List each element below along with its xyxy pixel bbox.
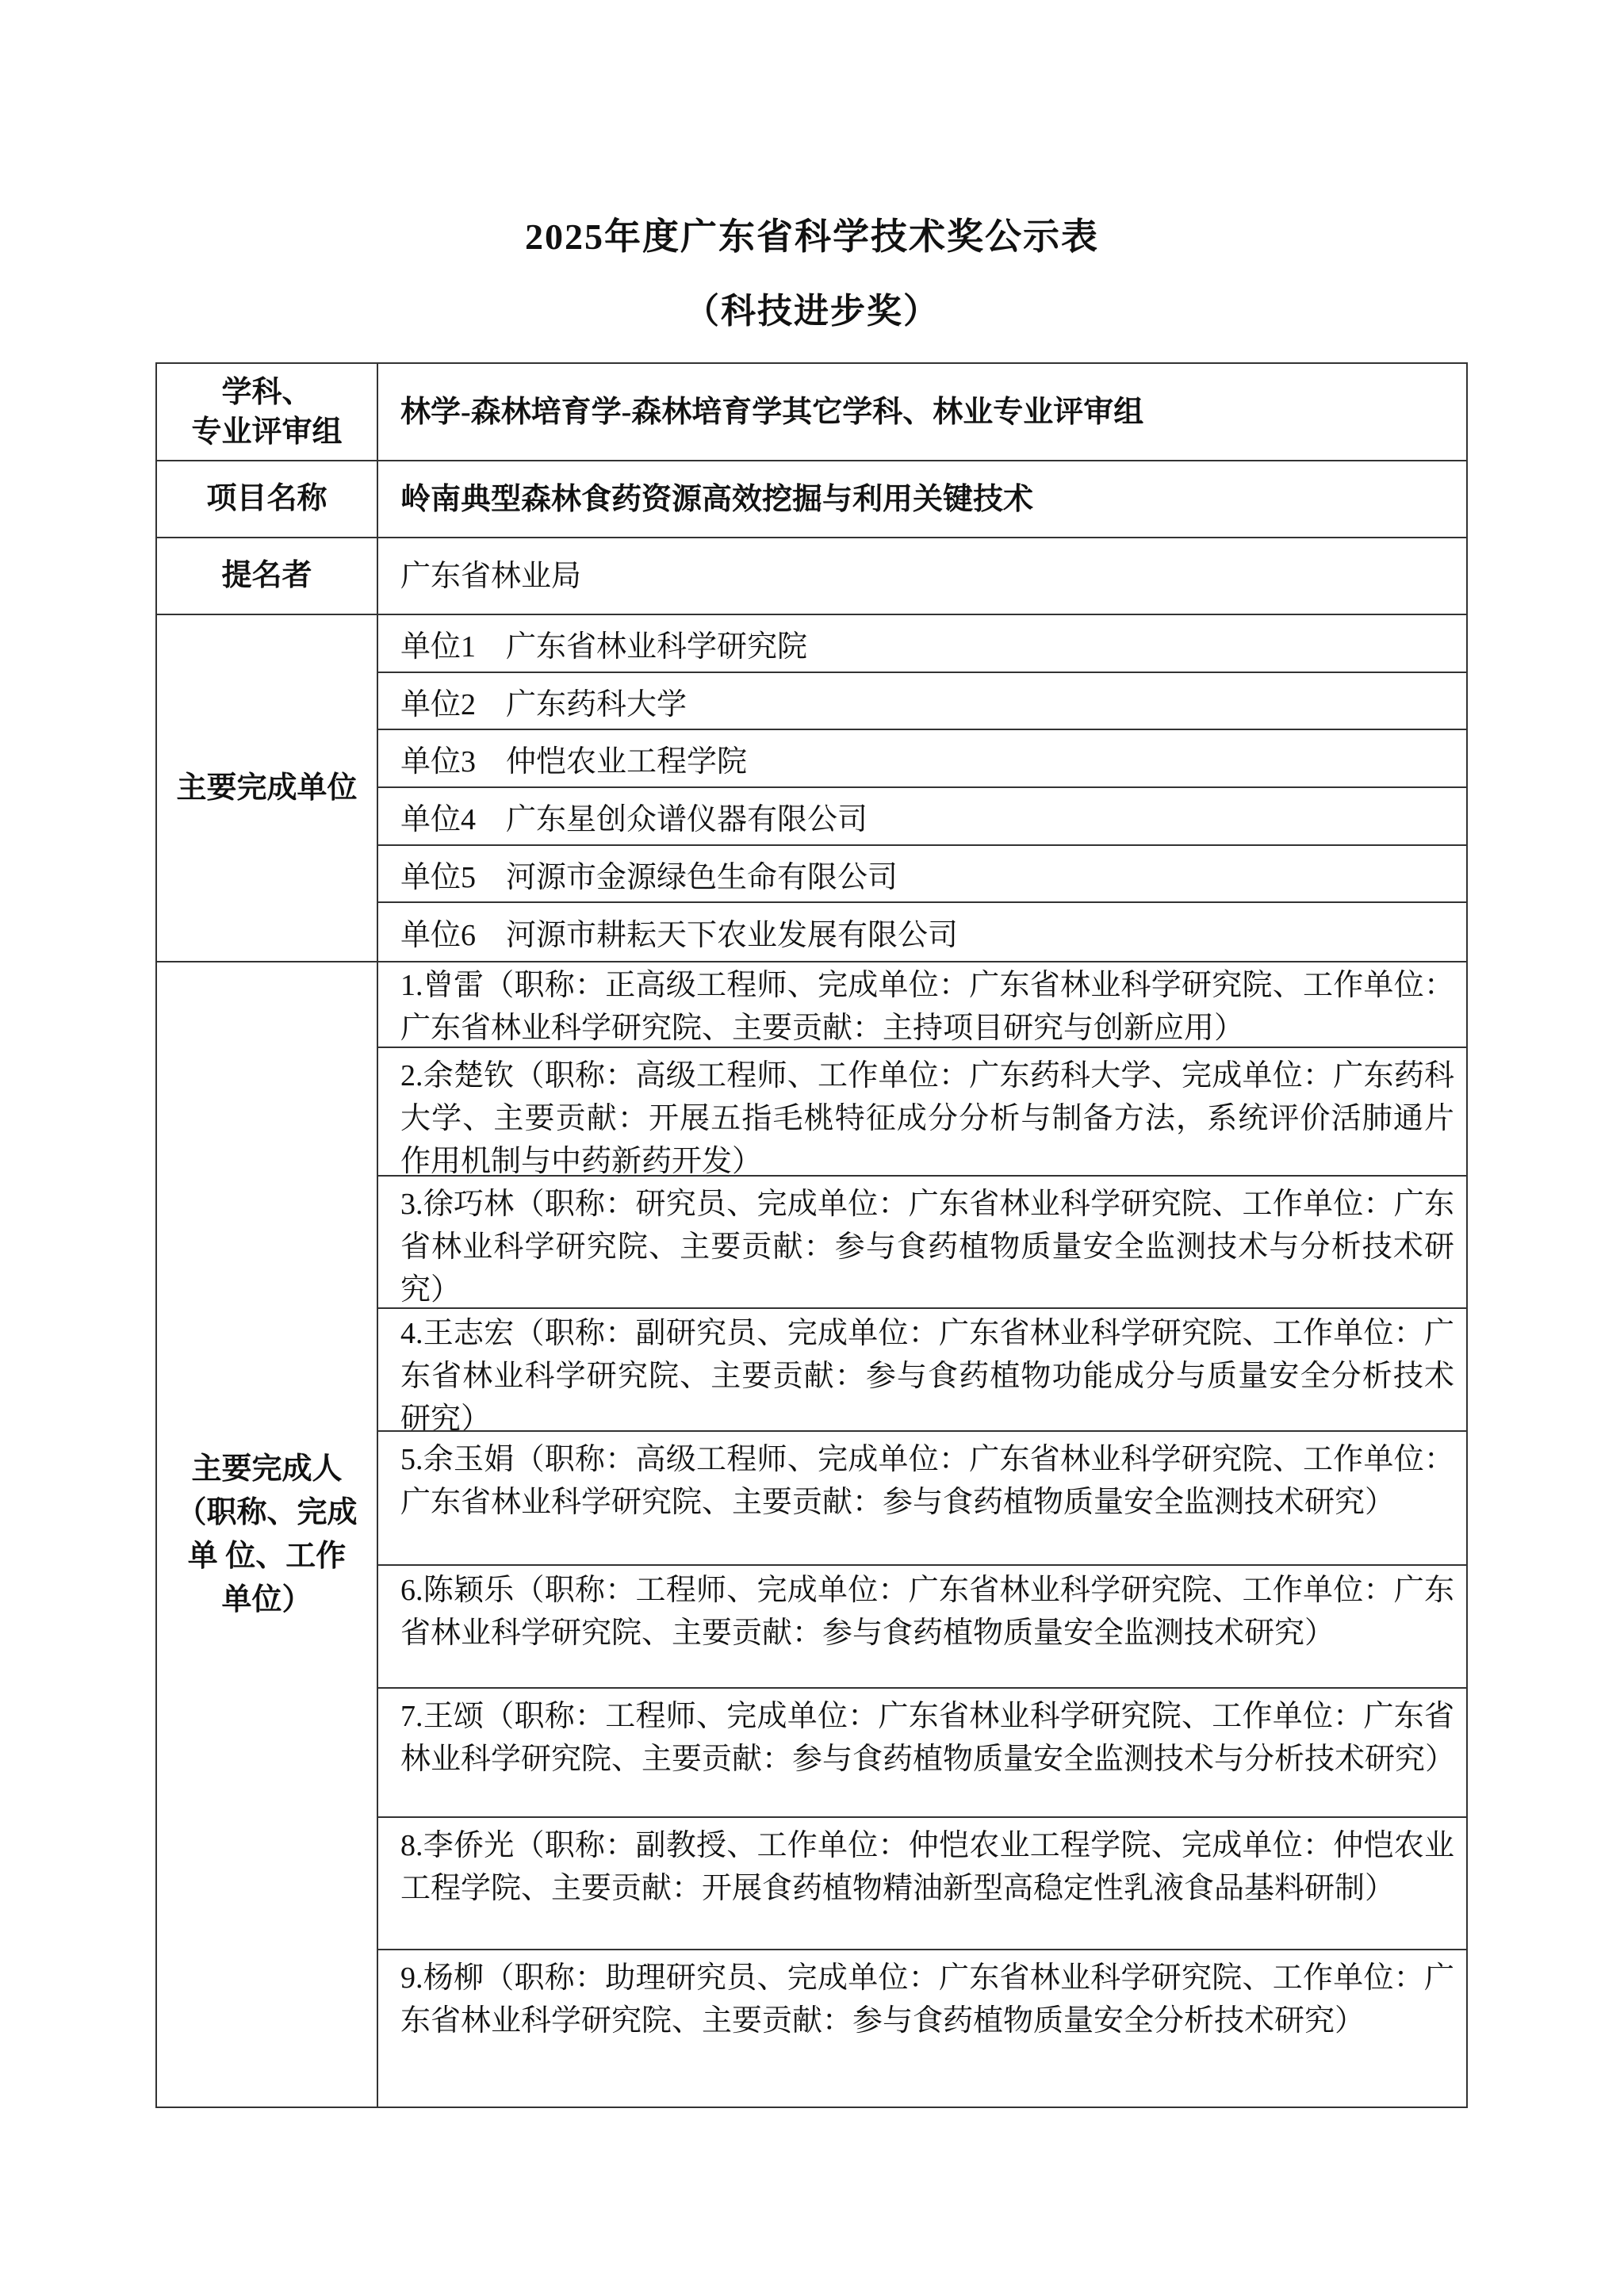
main-persons-label-line1: 主要完成人 [191,1448,342,1491]
person-item: 3.徐巧林（职称：研究员、完成单位：广东省林业科学研究院、工作单位：广东省林业科… [378,1177,1466,1310]
main-persons-label-line3: 单 位、工作 [188,1535,347,1578]
main-persons-label: 主要完成人 （职称、完成 单 位、工作 单位） [157,962,378,2107]
main-units-list: 单位1 广东省林业科学研究院 单位2 广东药科大学 单位3 仲恺农业工程学院 单… [378,615,1466,961]
main-persons-label-line4: 单位） [221,1578,312,1622]
subject-group-label-line1: 学科、 [221,373,312,412]
unit-item: 单位2 广东药科大学 [378,673,1466,731]
document-page: 2025年度广东省科学技术奖公示表 （科技进步奖） 学科、 专业评审组 林学-森… [0,0,1624,2296]
unit-item: 单位4 广东星创众谱仪器有限公司 [378,788,1466,846]
award-table: 学科、 专业评审组 林学-森林培育学-森林培育学其它学科、林业专业评审组 项目名… [155,362,1468,2108]
main-persons-label-line2: （职称、完成 [176,1491,357,1535]
unit-item: 单位1 广东省林业科学研究院 [378,615,1466,673]
subject-group-value: 林学-森林培育学-森林培育学其它学科、林业专业评审组 [378,364,1466,460]
unit-item: 单位5 河源市金源绿色生命有限公司 [378,846,1466,904]
page-title: 2025年度广东省科学技术奖公示表 [0,208,1624,260]
unit-item: 单位3 仲恺农业工程学院 [378,730,1466,788]
person-item: 4.王志宏（职称：副研究员、完成单位：广东省林业科学研究院、工作单位：广东省林业… [378,1309,1466,1432]
subject-group-label-line2: 专业评审组 [191,412,342,452]
project-name-row: 项目名称 岭南典型森林食药资源高效挖掘与利用关键技术 [157,460,1466,537]
page-subtitle: （科技进步奖） [0,282,1624,333]
project-name-label: 项目名称 [157,461,378,537]
project-name-value: 岭南典型森林食药资源高效挖掘与利用关键技术 [378,461,1466,537]
main-persons-row: 主要完成人 （职称、完成 单 位、工作 单位） 1.曾雷（职称：正高级工程师、完… [157,961,1466,2107]
main-units-row: 主要完成单位 单位1 广东省林业科学研究院 单位2 广东药科大学 单位3 仲恺农… [157,614,1466,961]
nominator-row: 提名者 广东省林业局 [157,537,1466,614]
person-item: 9.杨柳（职称：助理研究员、完成单位：广东省林业科学研究院、工作单位：广东省林业… [378,1950,1466,2107]
subject-group-label: 学科、 专业评审组 [157,364,378,460]
main-units-label: 主要完成单位 [157,615,378,961]
nominator-label: 提名者 [157,538,378,614]
person-item: 7.王颂（职称：工程师、完成单位：广东省林业科学研究院、工作单位：广东省林业科学… [378,1689,1466,1818]
nominator-value: 广东省林业局 [378,538,1466,614]
person-item: 1.曾雷（职称：正高级工程师、完成单位：广东省林业科学研究院、工作单位：广东省林… [378,962,1466,1048]
main-persons-list: 1.曾雷（职称：正高级工程师、完成单位：广东省林业科学研究院、工作单位：广东省林… [378,962,1466,2107]
person-item: 6.陈颖乐（职称：工程师、完成单位：广东省林业科学研究院、工作单位：广东省林业科… [378,1566,1466,1689]
unit-item: 单位6 河源市耕耘天下农业发展有限公司 [378,903,1466,961]
person-item: 8.李侨光（职称：副教授、工作单位：仲恺农业工程学院、完成单位：仲恺农业工程学院… [378,1818,1466,1951]
subject-group-row: 学科、 专业评审组 林学-森林培育学-森林培育学其它学科、林业专业评审组 [157,364,1466,460]
person-item: 5.余玉娟（职称：高级工程师、完成单位：广东省林业科学研究院、工作单位：广东省林… [378,1432,1466,1566]
person-item: 2.余楚钦（职称：高级工程师、工作单位：广东药科大学、完成单位：广东药科大学、主… [378,1048,1466,1177]
